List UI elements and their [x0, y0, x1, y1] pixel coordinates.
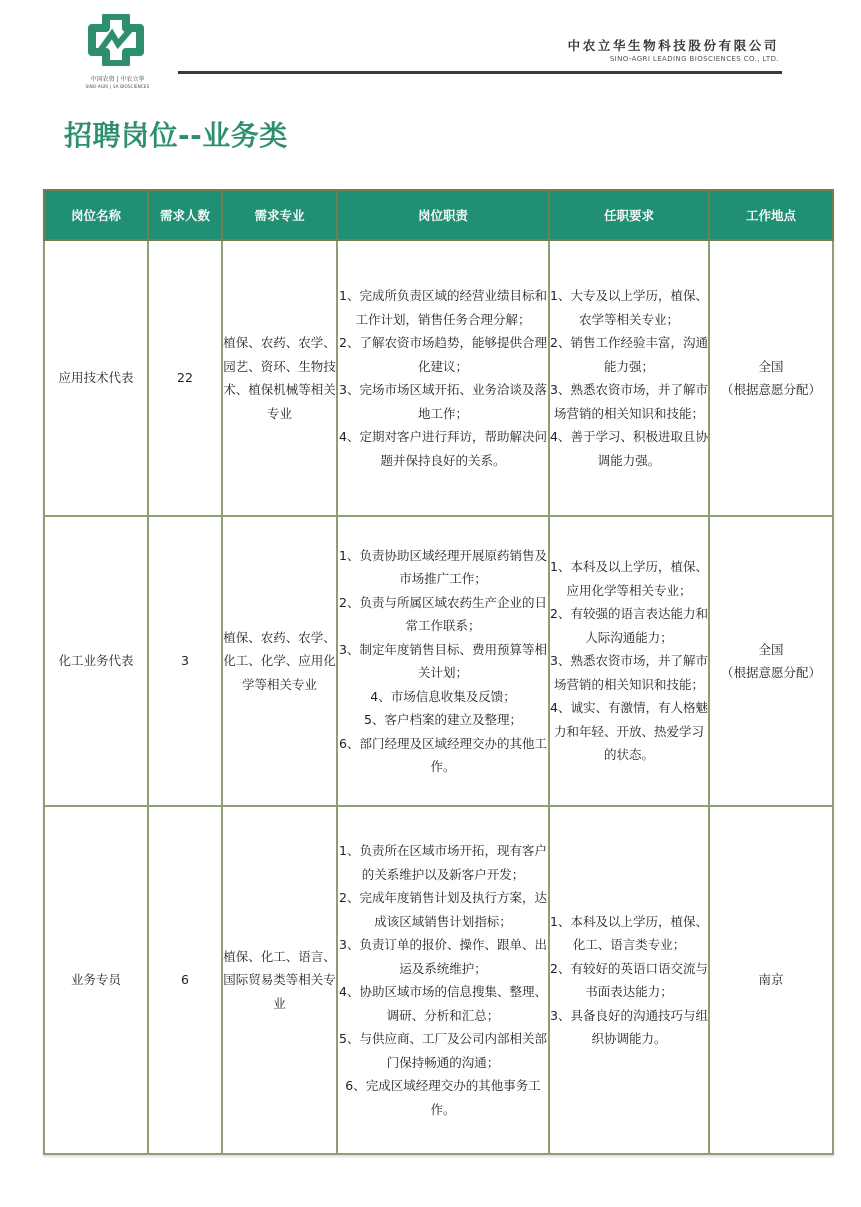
cell-duties: 1、完成所负责区域的经营业绩目标和工作计划，销售任务合理分解； 2、了解农资市场… — [337, 240, 549, 516]
requirement-item: 2、有较好的英语口语交流与书面表达能力； — [550, 957, 708, 1004]
cell-headcount: 6 — [148, 806, 222, 1154]
duty-item: 3、负责订单的报价、操作、跟单、出运及系统维护； — [338, 933, 548, 980]
page-title: 招聘岗位--业务类 — [64, 114, 288, 154]
header-majors: 需求专业 — [222, 190, 337, 240]
cell-location: 全国 （根据意愿分配） — [709, 240, 833, 516]
duty-item: 6、完成区域经理交办的其他事务工作。 — [338, 1074, 548, 1121]
cell-majors: 植保、化工、语言、国际贸易类等相关专业 — [222, 806, 337, 1154]
brand-en-right: SA BIOSCIENCES — [113, 84, 149, 89]
duty-item: 2、了解农资市场趋势，能够提供合理化建议； — [338, 331, 548, 378]
requirement-item: 3、熟悉农资市场，并了解市场营销的相关知识和技能； — [550, 649, 708, 696]
duty-item: 4、定期对客户进行拜访，帮助解决问题并保持良好的关系。 — [338, 425, 548, 472]
requirement-item: 3、熟悉农资市场，并了解市场营销的相关知识和技能； — [550, 378, 708, 425]
cell-headcount: 3 — [148, 516, 222, 806]
cell-location: 南京 — [709, 806, 833, 1154]
header-position: 岗位名称 — [44, 190, 148, 240]
duty-item: 3、制定年度销售目标、费用预算等相关计划； — [338, 638, 548, 685]
duty-item: 4、市场信息收集及反馈； — [338, 685, 548, 709]
duty-item: 6、部门经理及区域经理交办的其他工作。 — [338, 732, 548, 779]
cell-duties: 1、负责协助区域经理开展原药销售及市场推广工作； 2、负责与所属区域农药生产企业… — [337, 516, 549, 806]
duty-item: 1、负责协助区域经理开展原药销售及市场推广工作； — [338, 544, 548, 591]
header-requirements: 任职要求 — [549, 190, 709, 240]
requirement-item: 4、善于学习、积极进取且协调能力强。 — [550, 425, 708, 472]
location-note: （根据意愿分配） — [710, 661, 832, 685]
location-text: 南京 — [710, 968, 832, 992]
duty-item: 1、负责所在区域市场开拓，现有客户的关系维护以及新客户开发； — [338, 839, 548, 886]
header-location: 工作地点 — [709, 190, 833, 240]
brand-en-left: SINO-AGRI — [86, 84, 109, 89]
requirement-item: 2、销售工作经验丰富，沟通能力强； — [550, 331, 708, 378]
duty-item: 5、客户档案的建立及整理； — [338, 708, 548, 732]
requirement-item: 1、本科及以上学历，植保、化工、语言类专业； — [550, 910, 708, 957]
cell-headcount: 22 — [148, 240, 222, 516]
requirement-item: 3、具备良好的沟通技巧与组织协调能力。 — [550, 1004, 708, 1051]
requirement-item: 1、大专及以上学历，植保、农学等相关专业； — [550, 284, 708, 331]
brand-cn-right: 中农立华 — [120, 76, 144, 83]
header-headcount: 需求人数 — [148, 190, 222, 240]
company-name-cn: 中农立华生物科技股份有限公司 — [568, 36, 779, 54]
duty-item: 5、与供应商、工厂及公司内部相关部门保持畅通的沟通； — [338, 1027, 548, 1074]
table-row: 应用技术代表 22 植保、农药、农学、园艺、资环、生物技术、植保机械等相关专业 … — [44, 240, 833, 516]
cell-majors: 植保、农药、农学、化工、化学、应用化学等相关专业 — [222, 516, 337, 806]
cell-requirements: 1、本科及以上学历，植保、应用化学等相关专业； 2、有较强的语言表达能力和人际沟… — [549, 516, 709, 806]
table-header-row: 岗位名称 需求人数 需求专业 岗位职责 任职要求 工作地点 — [44, 190, 833, 240]
brand-cn-left: 中国农资 — [91, 76, 115, 83]
cell-position: 应用技术代表 — [44, 240, 148, 516]
duty-item: 2、负责与所属区域农药生产企业的日常工作联系； — [338, 591, 548, 638]
duty-item: 4、协助区域市场的信息搜集、整理、调研、分析和汇总； — [338, 980, 548, 1027]
sino-agri-cross-logo-icon — [88, 14, 144, 66]
logo-brand-text: 中国农资 | 中农立华 SINO-AGRI | SA BIOSCIENCES — [70, 76, 165, 90]
requirement-item: 4、诚实、有激情，有人格魅力和年轻、开放、热爱学习的状态。 — [550, 696, 708, 767]
company-name-block: 中农立华生物科技股份有限公司 SINO-AGRI LEADING BIOSCIE… — [568, 36, 779, 63]
company-name-en: SINO-AGRI LEADING BIOSCIENCES CO., LTD. — [568, 55, 779, 63]
requirement-item: 1、本科及以上学历，植保、应用化学等相关专业； — [550, 555, 708, 602]
cell-position: 化工业务代表 — [44, 516, 148, 806]
location-note: （根据意愿分配） — [710, 378, 832, 402]
cell-requirements: 1、本科及以上学历，植保、化工、语言类专业； 2、有较好的英语口语交流与书面表达… — [549, 806, 709, 1154]
job-positions-table: 岗位名称 需求人数 需求专业 岗位职责 任职要求 工作地点 应用技术代表 22 … — [43, 189, 834, 1155]
table-row: 化工业务代表 3 植保、农药、农学、化工、化学、应用化学等相关专业 1、负责协助… — [44, 516, 833, 806]
duty-item: 2、完成年度销售计划及执行方案，达成该区域销售计划指标； — [338, 886, 548, 933]
duty-item: 1、完成所负责区域的经营业绩目标和工作计划，销售任务合理分解； — [338, 284, 548, 331]
location-text: 全国 — [710, 638, 832, 662]
table-row: 业务专员 6 植保、化工、语言、国际贸易类等相关专业 1、负责所在区域市场开拓，… — [44, 806, 833, 1154]
cell-majors: 植保、农药、农学、园艺、资环、生物技术、植保机械等相关专业 — [222, 240, 337, 516]
cell-requirements: 1、大专及以上学历，植保、农学等相关专业； 2、销售工作经验丰富，沟通能力强； … — [549, 240, 709, 516]
location-text: 全国 — [710, 355, 832, 379]
header-divider — [178, 71, 782, 74]
cell-location: 全国 （根据意愿分配） — [709, 516, 833, 806]
company-logo: 中国农资 | 中农立华 SINO-AGRI | SA BIOSCIENCES — [70, 14, 165, 96]
cell-duties: 1、负责所在区域市场开拓，现有客户的关系维护以及新客户开发； 2、完成年度销售计… — [337, 806, 549, 1154]
duty-item: 3、完场市场区域开拓、业务洽谈及落地工作； — [338, 378, 548, 425]
requirement-item: 2、有较强的语言表达能力和人际沟通能力； — [550, 602, 708, 649]
cell-position: 业务专员 — [44, 806, 148, 1154]
header-duties: 岗位职责 — [337, 190, 549, 240]
